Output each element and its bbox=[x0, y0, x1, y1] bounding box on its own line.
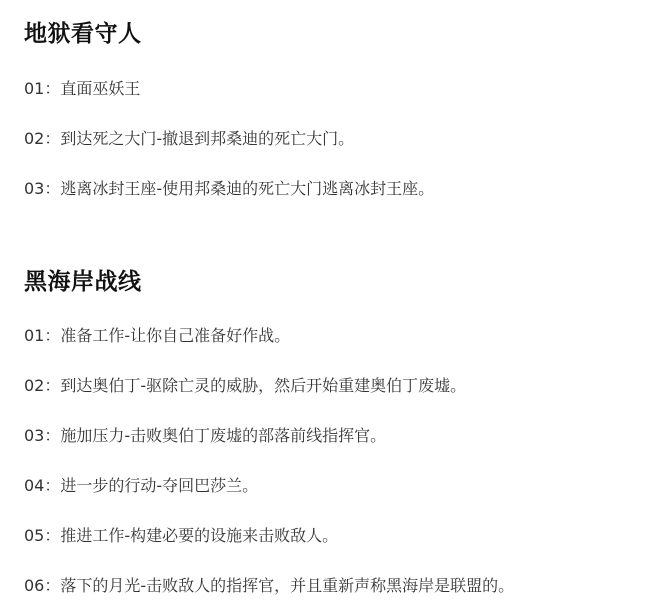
quest-step: 01：直面巫妖王 bbox=[24, 78, 634, 99]
section-title-hell-warden: 地狱看守人 bbox=[24, 21, 634, 49]
quest-step: 03：逃离冰封王座-使用邦桑迪的死亡大门逃离冰封王座。 bbox=[24, 178, 634, 199]
quest-step: 06：落下的月光-击败敌人的指挥官，并且重新声称黑海岸是联盟的。 bbox=[24, 575, 634, 596]
document-content: 地狱看守人 01：直面巫妖王 02：到达死之大门-撤退到邦桑迪的死亡大门。 03… bbox=[0, 0, 658, 612]
quest-step: 01：准备工作-让你自己准备好作战。 bbox=[24, 325, 634, 346]
quest-step: 04：进一步的行动-夺回巴莎兰。 bbox=[24, 475, 634, 496]
quest-step: 02：到达奥伯丁-驱除亡灵的威胁，然后开始重建奥伯丁废墟。 bbox=[24, 375, 634, 396]
section-title-darkshore-warfront: 黑海岸战线 bbox=[24, 269, 634, 297]
quest-step: 02：到达死之大门-撤退到邦桑迪的死亡大门。 bbox=[24, 128, 634, 149]
quest-step: 03：施加压力-击败奥伯丁废墟的部落前线指挥官。 bbox=[24, 425, 634, 446]
quest-step: 05：推进工作-构建必要的设施来击败敌人。 bbox=[24, 525, 634, 546]
